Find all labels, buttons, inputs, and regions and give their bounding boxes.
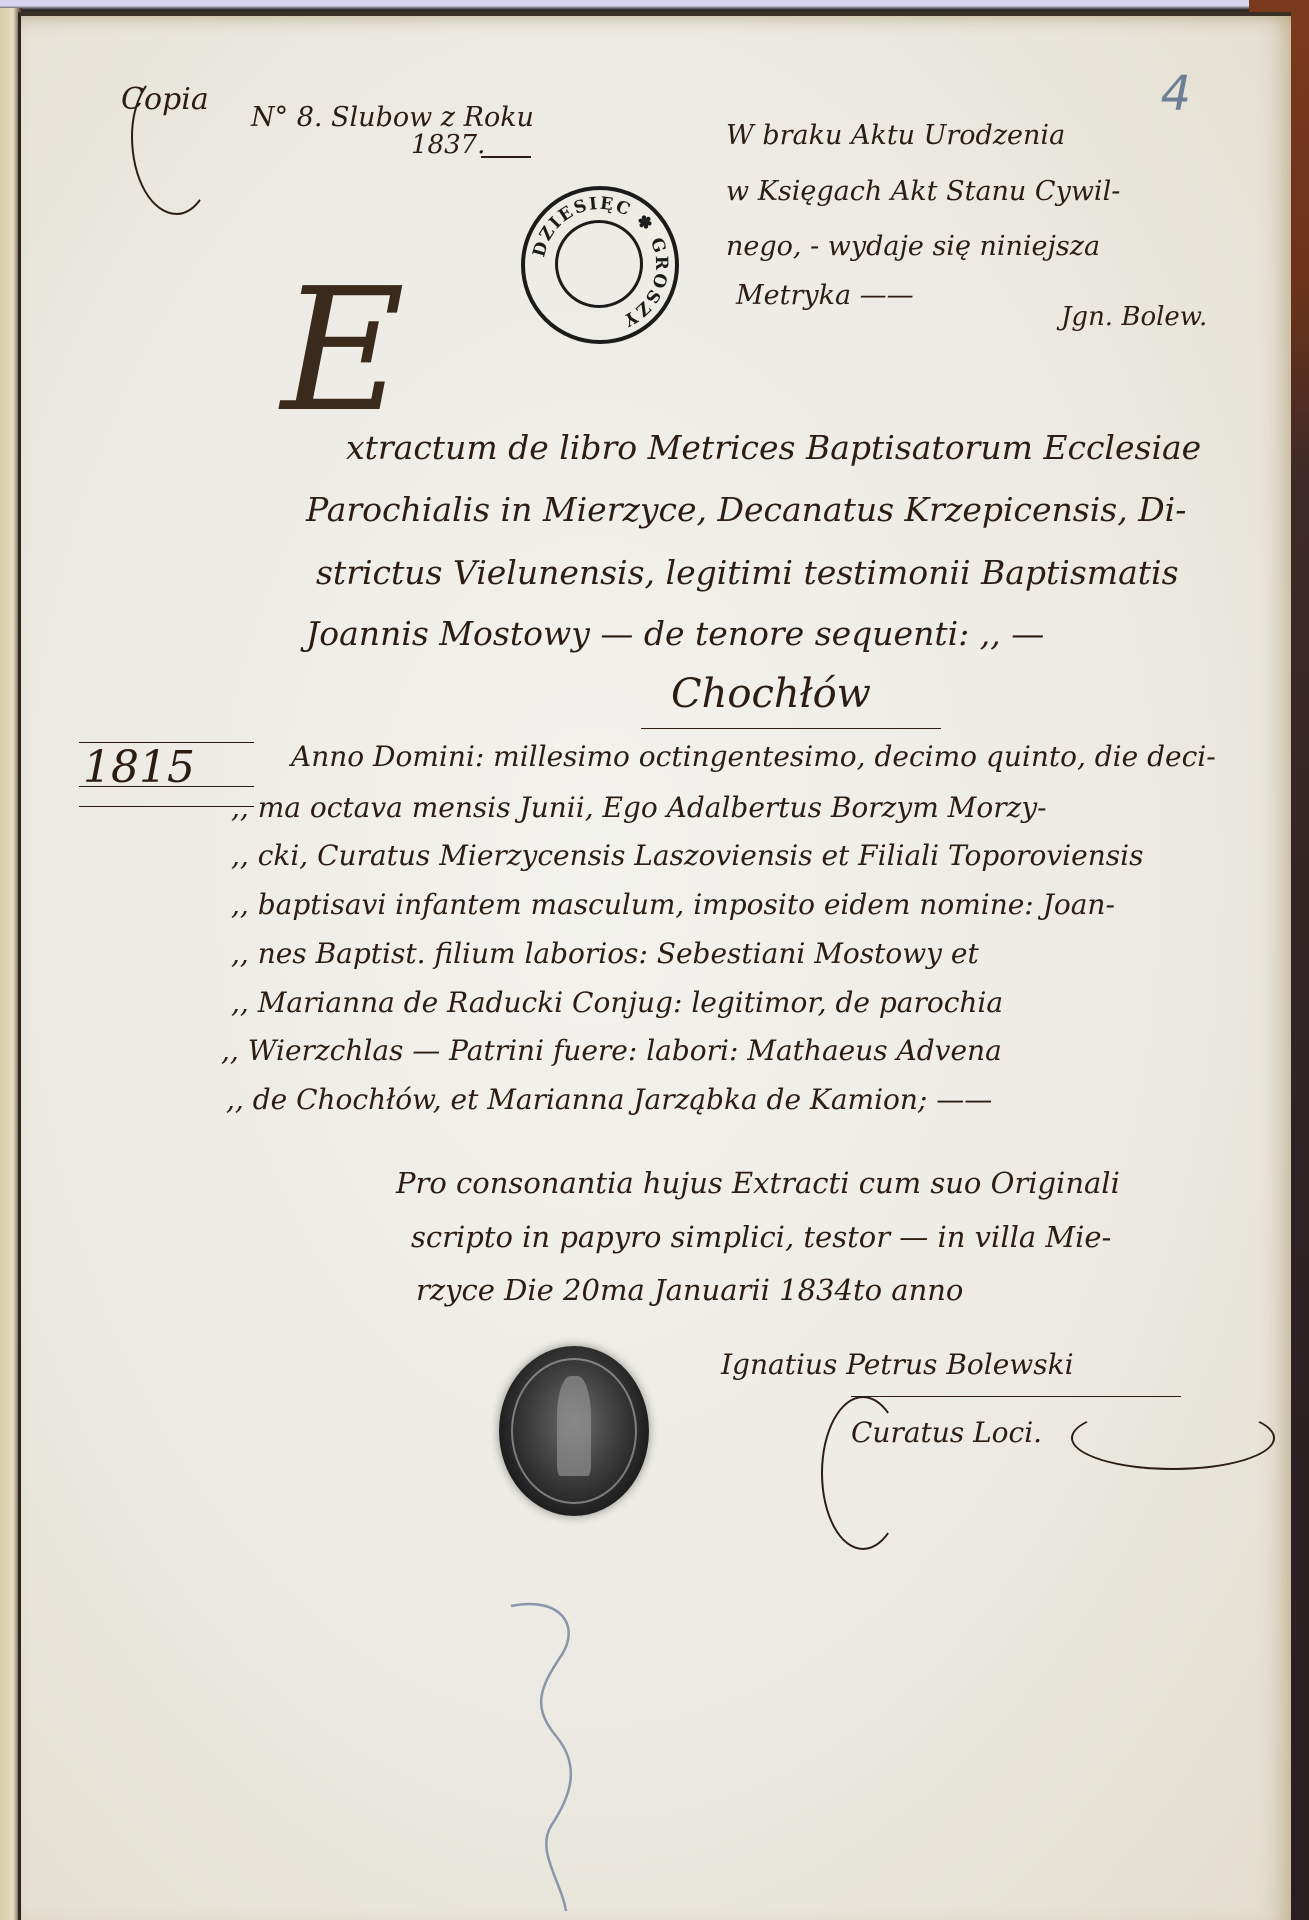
intro-line-1: xtractum de libro Metrices Baptisatorum … xyxy=(346,428,1201,467)
signature-name: Ignatius Petrus Bolewski xyxy=(721,1348,1074,1381)
intro-line-3: strictus Vielunensis, legitimi testimoni… xyxy=(316,553,1179,592)
record-line-2: ,, ma octava mensis Junii, Ego Adalbertu… xyxy=(231,791,1047,824)
decorative-initial: E xyxy=(281,266,405,436)
copia-label: Copia xyxy=(121,82,209,117)
seal-saint-figure-icon xyxy=(557,1376,591,1476)
document-page: 4 Copia N° 8. Slubow z Roku 1837. DZIESI… xyxy=(18,12,1291,1920)
signature-swash xyxy=(1071,1406,1275,1470)
record-line-4: ,, baptisavi infantem masculum, imposito… xyxy=(231,888,1115,921)
polish-note-line-1: W braku Aktu Urodzenia xyxy=(726,120,1065,151)
polish-note-line-2: w Księgach Akt Stanu Cywil- xyxy=(726,176,1120,207)
pencil-squiggle-mark xyxy=(501,1596,621,1916)
margin-year-line-mid xyxy=(79,786,254,787)
svg-text:DZIESIĘC ✽ GROSZY: DZIESIĘC ✽ GROSZY xyxy=(529,194,671,331)
polish-note-signature: Jgn. Bolew. xyxy=(1061,302,1207,332)
place-heading: Chochłów xyxy=(671,671,871,717)
signature-underline xyxy=(851,1396,1181,1397)
page-number: 4 xyxy=(1160,66,1191,122)
header-number: N° 8. Slubow z Roku xyxy=(251,102,534,133)
place-underline xyxy=(641,728,941,729)
record-line-8: ,, de Chochłów, et Marianna Jarząbka de … xyxy=(226,1083,992,1116)
signature-title: Curatus Loci. xyxy=(851,1416,1042,1449)
header-year: 1837. xyxy=(411,130,485,160)
intro-line-2: Parochialis in Mierzyce, Decanatus Krzep… xyxy=(306,490,1186,529)
header-dash xyxy=(481,156,531,158)
intro-line-4: Joannis Mostowy — de tenore sequenti: ,,… xyxy=(306,614,1044,653)
polish-note-line-3: nego, - wydaje się niniejsza xyxy=(726,231,1100,262)
record-line-3: ,, cki, Curatus Mierzycensis Laszoviensi… xyxy=(231,839,1143,872)
margin-year-line-top xyxy=(79,742,254,743)
certification-line-1: Pro consonantia hujus Extracti cum suo O… xyxy=(396,1166,1120,1200)
polish-note-line-4: Metryka —— xyxy=(736,280,914,311)
record-line-7: ,, Wierzchlas — Patrini fuere: labori: M… xyxy=(221,1034,1002,1067)
margin-year-line-bottom xyxy=(79,806,254,807)
record-line-5: ,, nes Baptist. filium laborios: Sebesti… xyxy=(231,937,979,970)
parish-seal xyxy=(499,1346,649,1516)
certification-line-3: rzyce Die 20ma Januarii 1834to anno xyxy=(416,1273,963,1307)
stamp-text-ring: DZIESIĘC ✽ GROSZY xyxy=(525,190,675,340)
record-line-6: ,, Marianna de Raducki Conjug: legitimor… xyxy=(231,986,1003,1019)
tax-stamp: DZIESIĘC ✽ GROSZY xyxy=(521,186,679,344)
certification-line-2: scripto in papyro simplici, testor — in … xyxy=(411,1220,1111,1254)
record-line-1: Anno Domini: millesimo octingentesimo, d… xyxy=(291,740,1216,773)
